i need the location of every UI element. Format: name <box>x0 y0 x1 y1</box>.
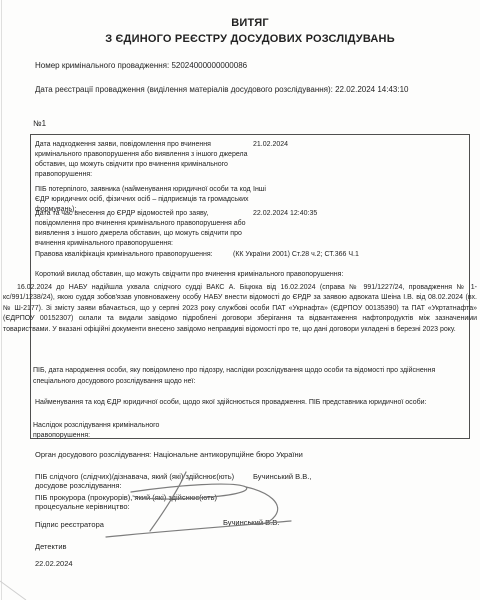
row-value: (КК України 2001) Ст.28 ч.2; СТ.366 Ч.1 <box>233 250 359 260</box>
outcome-label: Наслідок розслідування кримінального пра… <box>33 421 193 440</box>
scan-corner-artifact <box>0 581 26 600</box>
summary-text: 16.02.2024 до НАБУ надійшла ухвала слідч… <box>3 283 477 335</box>
document-date: 22.02.2024 <box>35 559 73 569</box>
document-title-line1: ВИТЯГ <box>0 17 480 29</box>
legal-entity-label: Найменування та код ЄДР юридичної особи,… <box>35 398 467 408</box>
registrar-signature-label: Підпис реєстратора <box>35 520 104 530</box>
scan-edge-artifact <box>1 0 2 600</box>
row-value: 21.02.2024 <box>253 140 288 150</box>
registration-date-line: Дата реєстрації провадження (виділення м… <box>35 85 459 95</box>
table-row: Дата надходження заяви, повідомлення про… <box>35 140 467 180</box>
investigator-name: Бучинський В.В., <box>253 472 311 482</box>
suspect-label: ПІБ, дата народження особи, яку повідомл… <box>33 366 449 387</box>
table-row: Дата та час внесення до ЄРДР відомостей … <box>35 209 467 249</box>
row-label: Дата та час внесення до ЄРДР відомостей … <box>35 209 253 249</box>
prosecutor-label-line2: процесуальне керівництво: <box>35 502 130 512</box>
erdr-extract-document: ВИТЯГ З ЄДИНОГО РЕЄСТРУ ДОСУДОВИХ РОЗСЛІ… <box>0 0 480 600</box>
case-details-table: Дата надходження заяви, повідомлення про… <box>30 134 470 439</box>
case-number-line: Номер кримінального провадження: 5202400… <box>35 61 247 71</box>
row-label: Дата надходження заяви, повідомлення про… <box>35 140 253 180</box>
row-value: 22.02.2024 12:40:35 <box>253 209 317 219</box>
document-title-line2: З ЄДИНОГО РЕЄСТРУ ДОСУДОВИХ РОЗСЛІДУВАНЬ <box>0 33 480 45</box>
investigator-label-line2: досудове розслідування: <box>35 481 122 491</box>
record-number-label: №1 <box>33 119 46 129</box>
registrar-position: Детектив <box>35 542 67 552</box>
row-value: Інші <box>253 185 266 195</box>
registrar-name: Бучинський В.В. <box>223 518 279 528</box>
table-row: Правова кваліфікація кримінального право… <box>35 250 467 260</box>
row-label: Правова кваліфікація кримінального право… <box>35 250 233 260</box>
summary-label: Короткий виклад обставин, що можуть свід… <box>35 270 465 280</box>
investigation-body-line: Орган досудового розслідування: Націонал… <box>35 450 303 460</box>
